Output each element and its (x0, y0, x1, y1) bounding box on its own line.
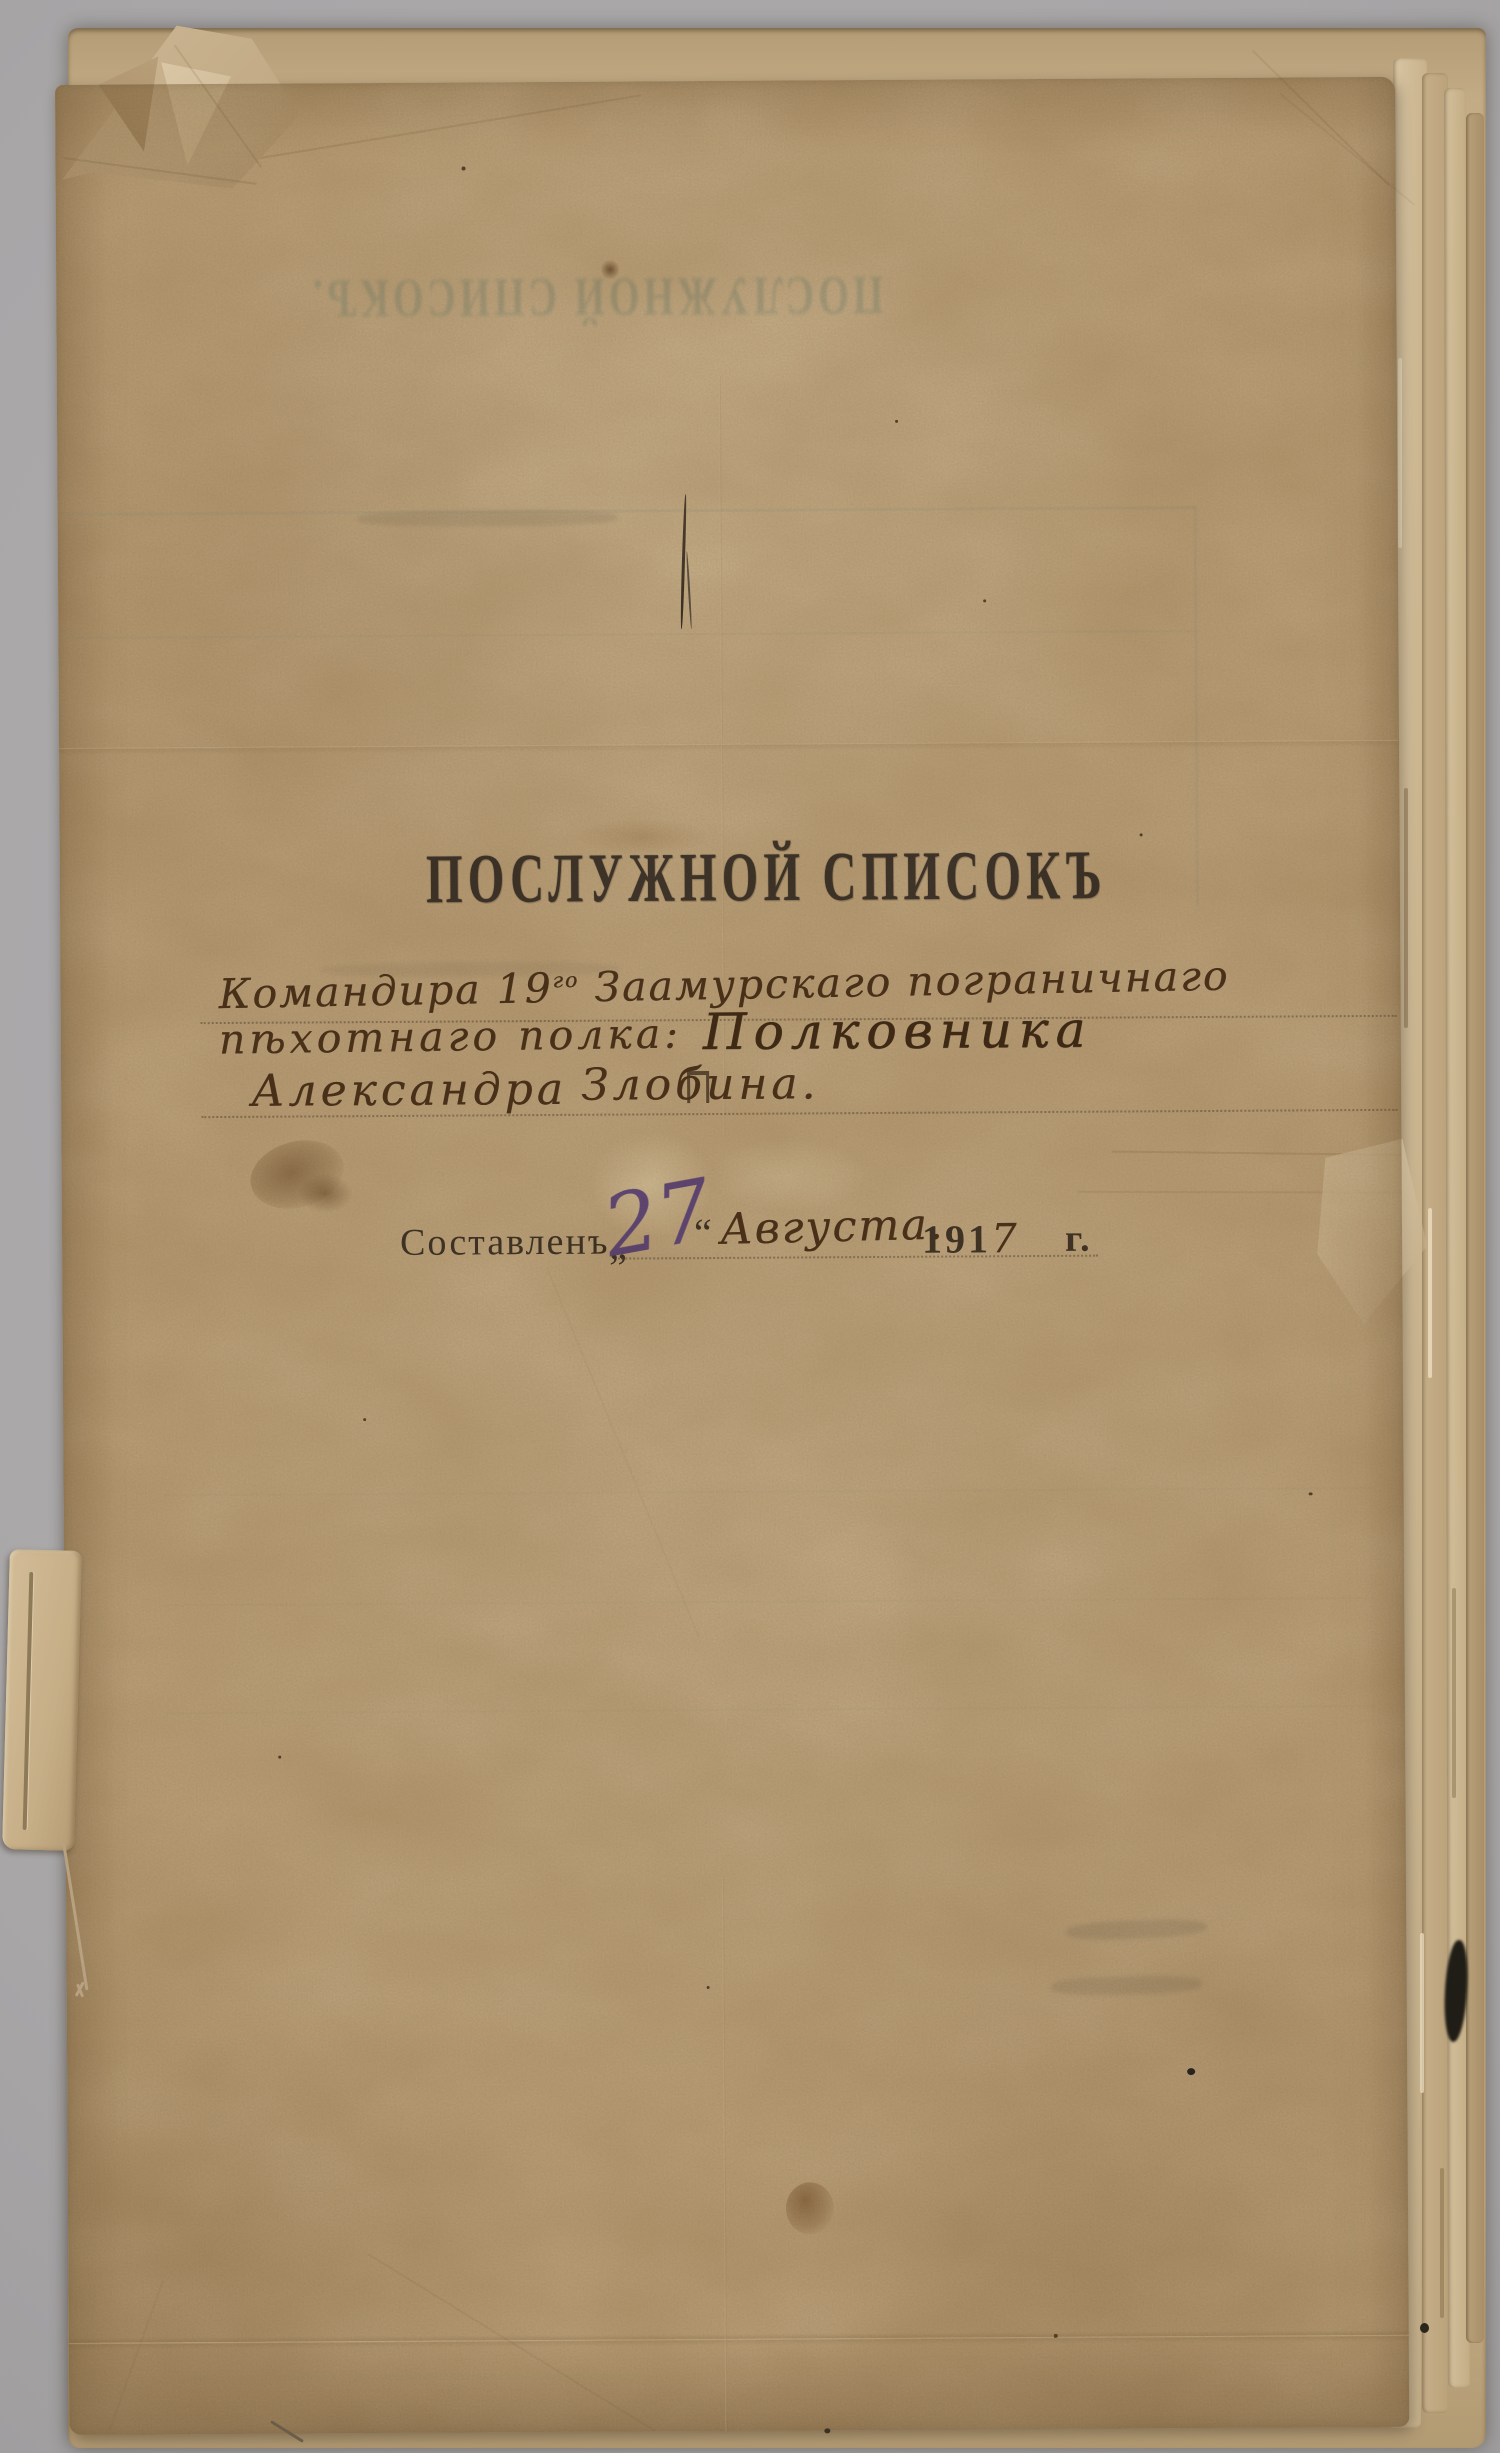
edge-crack (1428, 1208, 1432, 1378)
edge-crack (1420, 1933, 1424, 2093)
ink-blot (1420, 2323, 1429, 2333)
archival-photo: ПОСЛУЖНОЙ СПИСОКЪ. (0, 0, 1500, 2453)
edge-crack (1404, 788, 1408, 1028)
edge-crack (1398, 358, 1402, 548)
page-edge-strip (1466, 113, 1484, 2343)
edge-crack (1440, 2168, 1444, 2318)
edge-crack (1452, 1588, 1456, 1798)
paper-grain-texture (55, 77, 1409, 2435)
binding-tab (2, 1549, 82, 1851)
paper-sheet: ПОСЛУЖНОЙ СПИСОКЪ. (55, 77, 1409, 2435)
